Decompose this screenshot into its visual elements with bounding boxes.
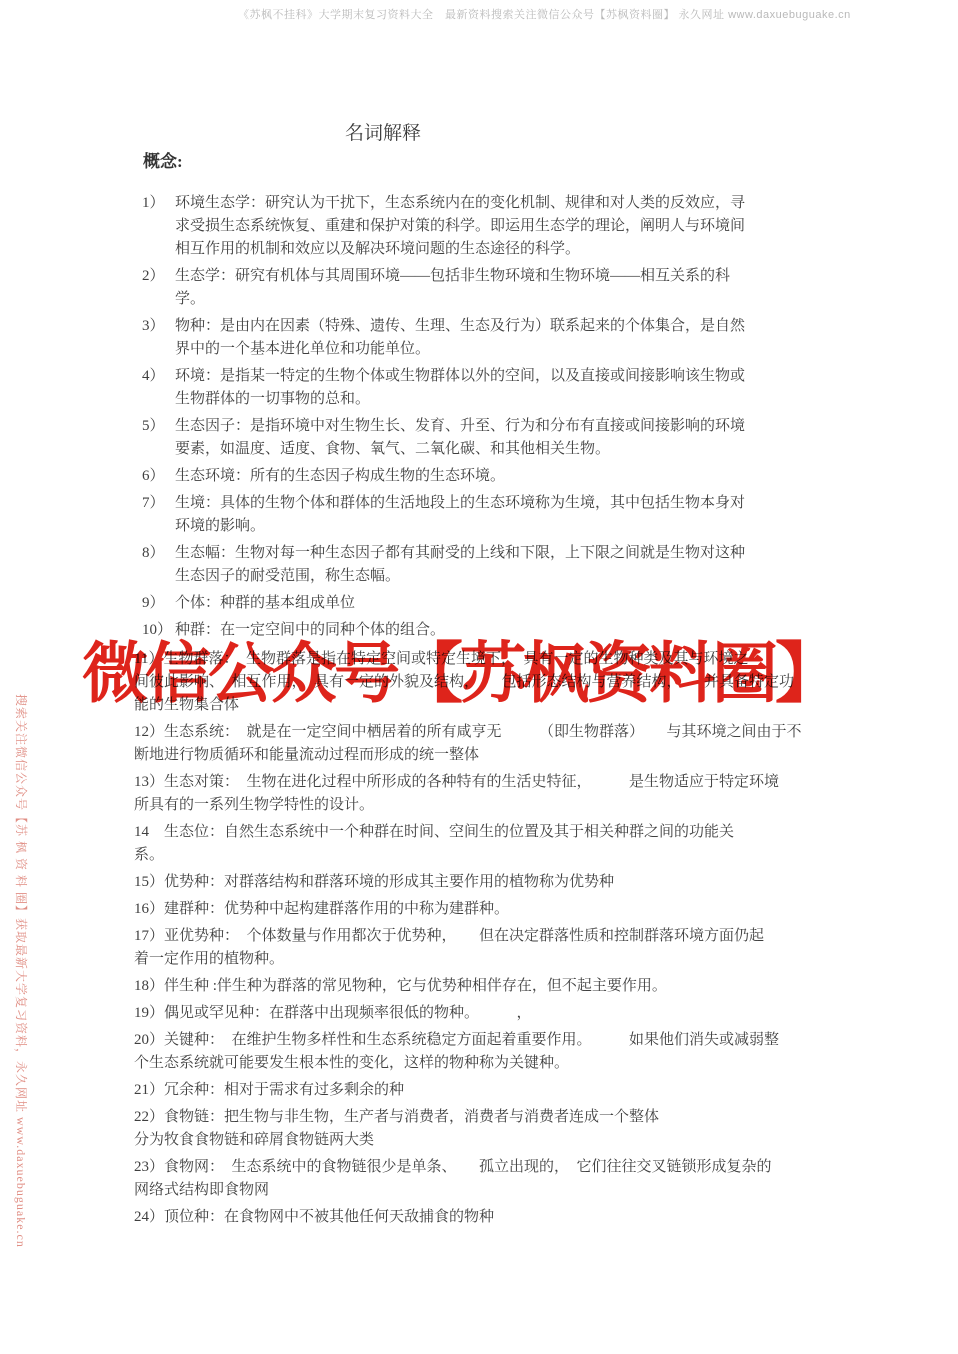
term-number: 3） [142,315,175,361]
term-paragraph: 20）关键种： 在维护生物多样性和生态系统稳定方面起着重要作用。 如果他们消失或… [134,1029,852,1075]
definition-list-indented: 1）环境生态学：研究认为干扰下，生态系统内在的变化机制、规律和对人类的反效应，寻… [142,192,852,642]
term-item: 2）生态学：研究有机体与其周围环境——包括非生物环境和生物环境——相互关系的科 … [142,265,852,311]
term-paragraph: 22）食物链：把生物与非生物，生产者与消费者，消费者与消费者连成一个整体 分为牧… [134,1106,852,1152]
red-watermark-overlay: 微信公众号【苏枫资料圈】 [82,620,838,715]
term-item: 4）环境：是指某一特定的生物个体或生物群体以外的空间，以及直接或间接影响该生物或… [142,365,852,411]
term-text: 生态环境：所有的生态因子构成生物的生态环境。 [175,465,852,488]
term-paragraph: 16）建群种：优势种中起构建群落作用的中称为建群种。 [134,898,852,921]
term-paragraph: 12）生态系统： 就是在一定空间中栖居着的所有咸亨无 （即生物群落） 与其环境之… [134,721,852,767]
term-number: 1） [142,192,175,261]
term-item: 9）个体：种群的基本组成单位 [142,592,852,615]
term-paragraph: 15）优势种：对群落结构和群落环境的形成其主要作用的植物称为优势种 [134,871,852,894]
term-text: 生境：具体的生物个体和群体的生活地段上的生态环境称为生境，其中包括生物本身对 环… [175,492,852,538]
term-paragraph: 24）顶位种：在食物网中不被其他任何天敌捕食的物种 [134,1206,852,1229]
term-paragraph: 18）伴生种 :伴生种为群落的常见物种，它与优势种相伴存在，但不起主要作用。 [134,975,852,998]
section-heading: 概念: [143,147,183,172]
term-number: 4） [142,365,175,411]
term-item: 1）环境生态学：研究认为干扰下，生态系统内在的变化机制、规律和对人类的反效应，寻… [142,192,852,261]
term-number: 8） [142,542,175,588]
term-item: 8）生态幅：生物对每一种生态因子都有其耐受的上线和下限，上下限之间就是生物对这种… [142,542,852,588]
page-title: 名词解释 [345,118,421,145]
term-text: 物种：是由内在因素（特殊、遗传、生理、生态及行为）联系起来的个体集合，是自然 界… [175,315,852,361]
term-text: 生态学：研究有机体与其周围环境——包括非生物环境和生物环境——相互关系的科 学。 [175,265,852,311]
term-paragraph: 23）食物网： 生态系统中的食物链很少是单条、 孤立出现的， 它们往往交叉链锁形… [134,1156,852,1202]
term-item: 3）物种：是由内在因素（特殊、遗传、生理、生态及行为）联系起来的个体集合，是自然… [142,315,852,361]
top-promo-text: 《苏枫不挂科》大学期末复习资料大全 最新资料搜索关注微信公众号【苏枫资料圈】 永… [238,6,851,22]
term-item: 5）生态因子：是指环境中对生物生长、发育、升至、行为和分布有直接或间接影响的环境… [142,415,852,461]
definition-list-flow: 11）生物群落： 生物群落是指在特定空间或特定生境下， 具有一定的生物种类及其与… [134,648,852,1229]
term-item: 7）生境：具体的生物个体和群体的生活地段上的生态环境称为生境，其中包括生物本身对… [142,492,852,538]
term-number: 7） [142,492,175,538]
term-text: 环境：是指某一特定的生物个体或生物群体以外的空间，以及直接或间接影响该生物或 生… [175,365,852,411]
term-number: 9） [142,592,175,615]
term-number: 2） [142,265,175,311]
term-item: 6）生态环境：所有的生态因子构成生物的生态环境。 [142,465,852,488]
term-paragraph: 19）偶见或罕见种：在群落中出现频率很低的物种。 ， [134,1002,852,1025]
term-number: 5） [142,415,175,461]
term-paragraph: 21）冗余种：相对于需求有过多剩余的种 [134,1079,852,1102]
term-text: 生态幅：生物对每一种生态因子都有其耐受的上线和下限，上下限之间就是生物对这种 生… [175,542,852,588]
term-paragraph: 13）生态对策： 生物在进化过程中所形成的各种特有的生活史特征， 是生物适应于特… [134,771,852,817]
term-text: 生态因子：是指环境中对生物生长、发育、升至、行为和分布有直接或间接影响的环境 要… [175,415,852,461]
term-paragraph: 17）亚优势种： 个体数量与作用都次于优势种， 但在决定群落性质和控制群落环境方… [134,925,852,971]
term-paragraph: 14 生态位：自然生态系统中一个种群在时间、空间生的位置及其于相关种群之间的功能… [134,821,852,867]
side-vertical-watermark-text: 搜索关注微信公众号【苏 枫 资 料 圈】获取最新大学复习资料，永久网址 www.… [13,694,30,1248]
term-text: 个体：种群的基本组成单位 [175,592,852,615]
term-text: 环境生态学：研究认为干扰下，生态系统内在的变化机制、规律和对人类的反效应，寻 求… [175,192,852,261]
term-number: 6） [142,465,175,488]
